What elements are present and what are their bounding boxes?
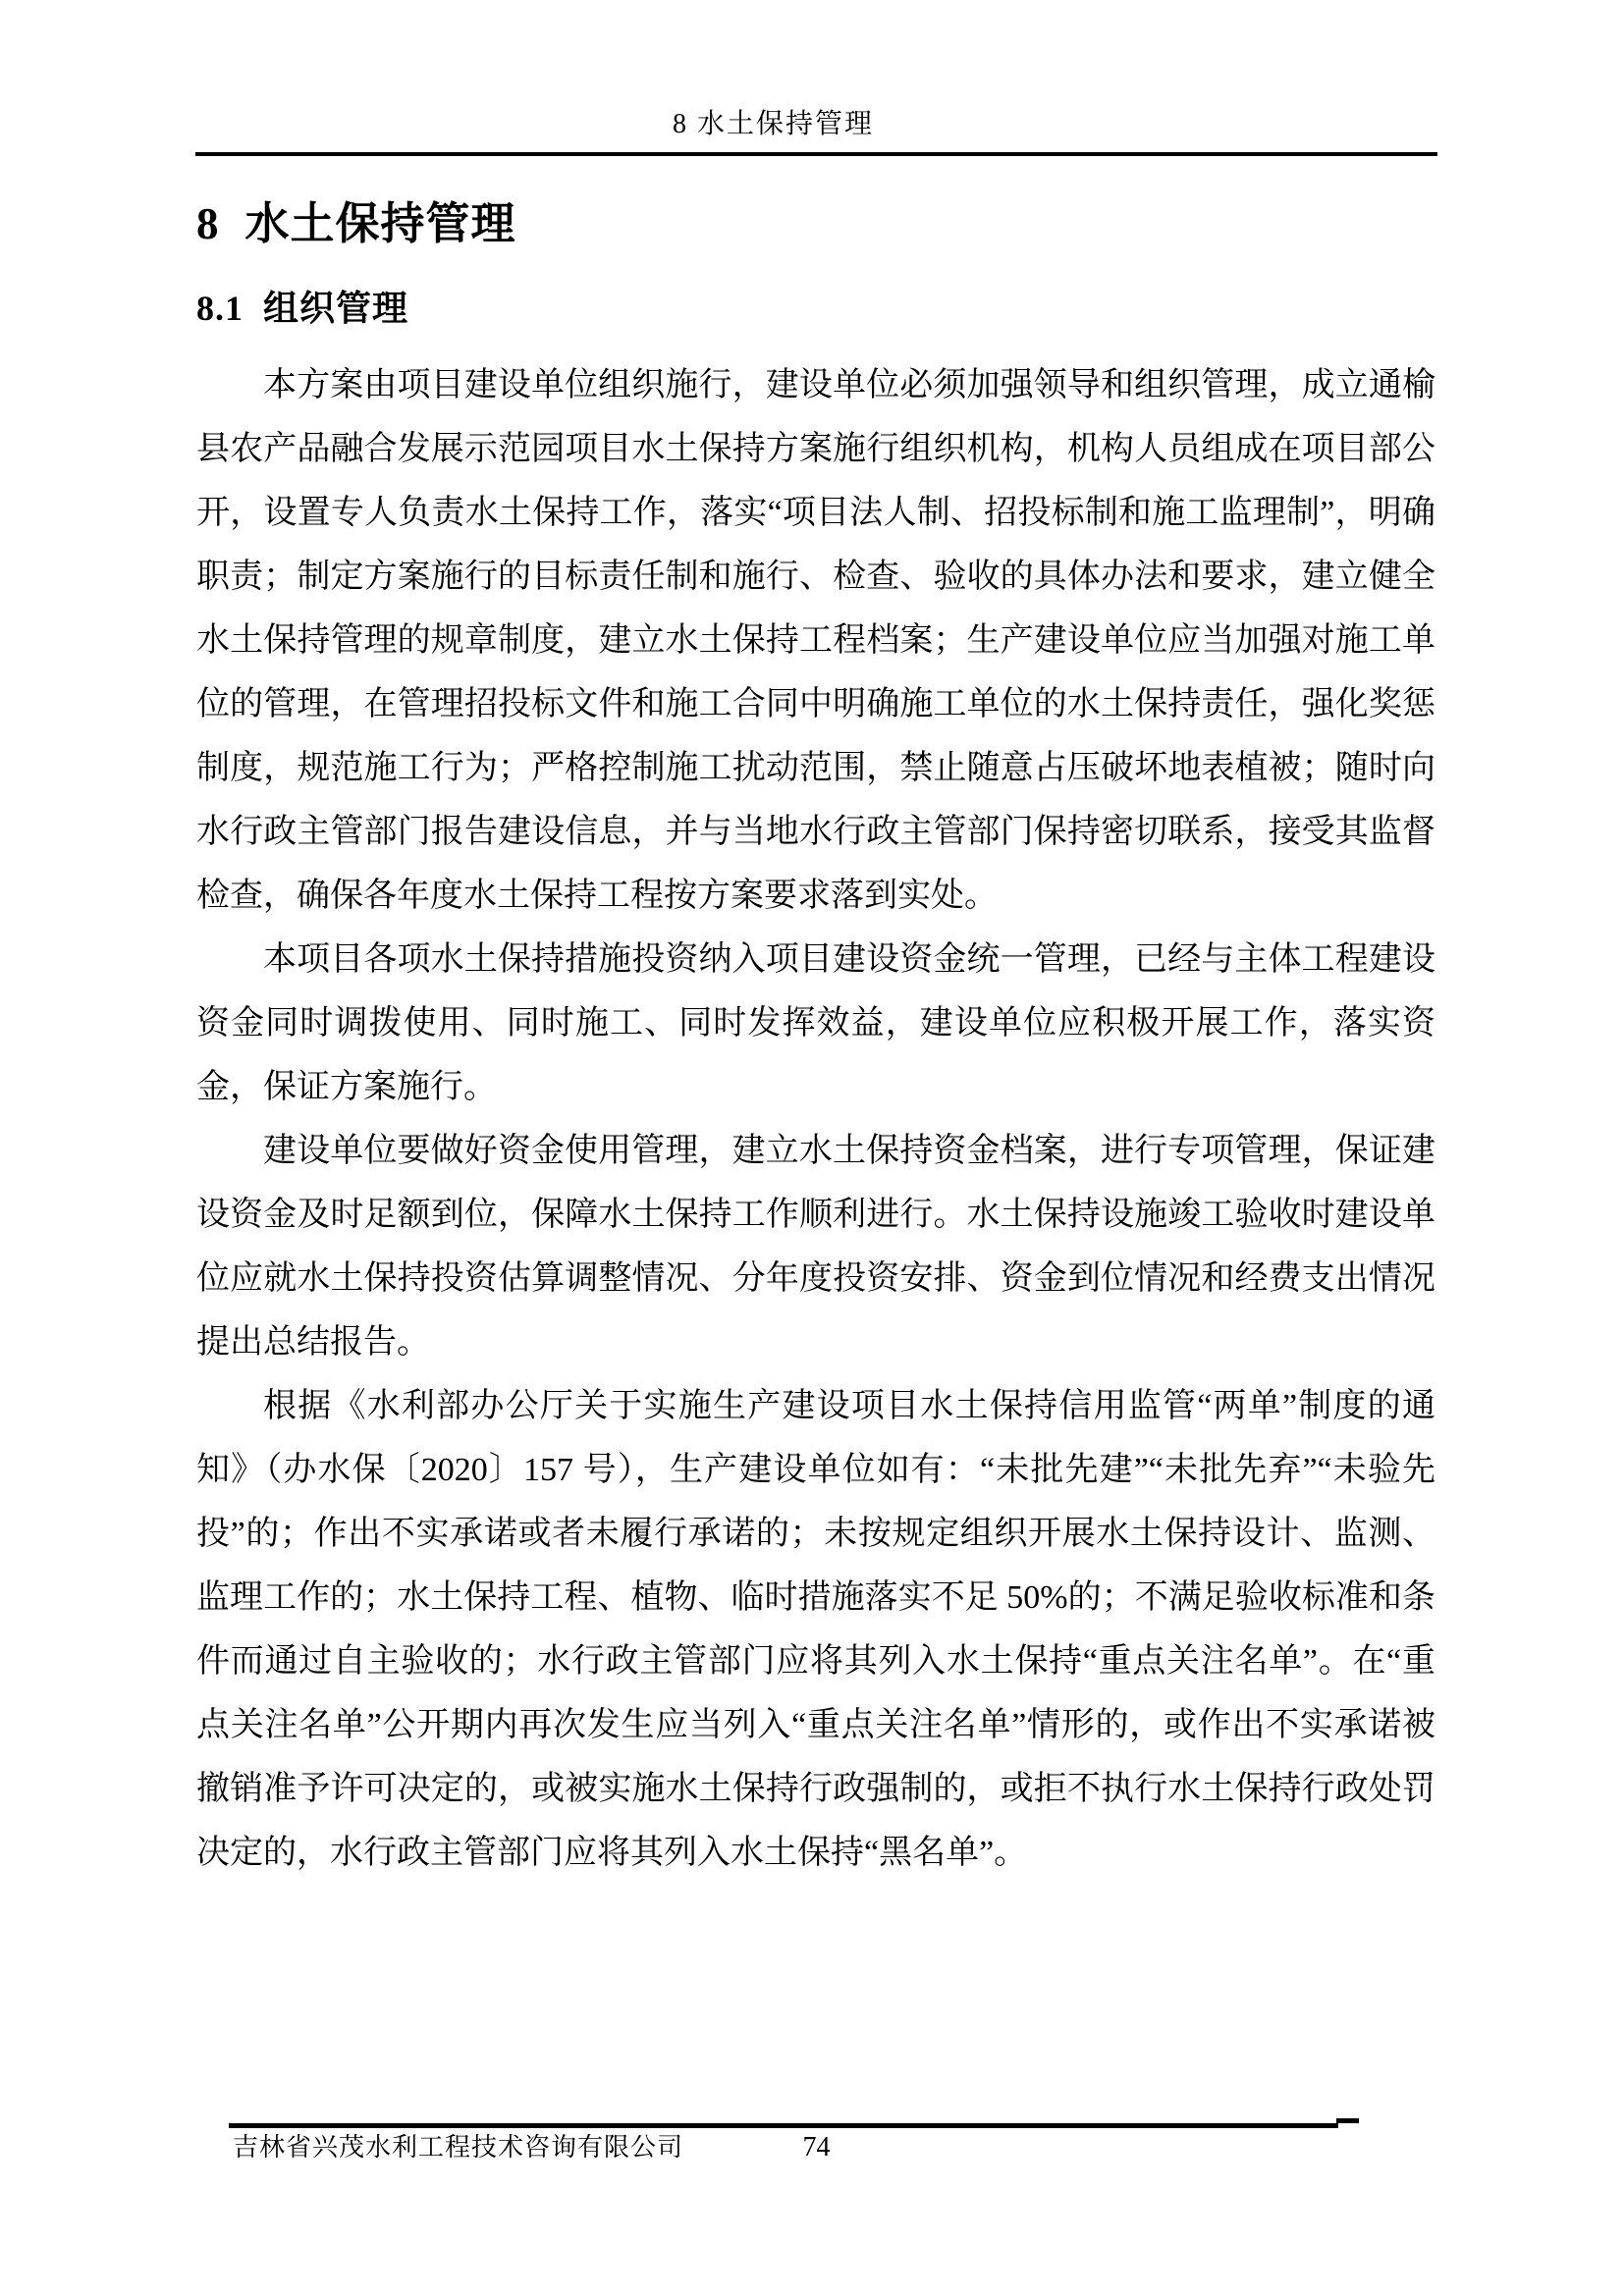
page-number: 74	[195, 2132, 1437, 2163]
chapter-title-text: 水土保持管理	[245, 199, 516, 248]
document-page: 8 水土保持管理 8水土保持管理 8.1组织管理 本方案由项目建设单位组织施行，…	[0, 0, 1624, 2296]
section-number: 8.1	[196, 289, 244, 328]
section-title: 8.1组织管理	[196, 287, 1435, 330]
paragraph: 本方案由项目建设单位组织施行，建设单位必须加强领导和组织管理，成立通榆县农产品融…	[196, 353, 1435, 928]
body-text: 本方案由项目建设单位组织施行，建设单位必须加强领导和组织管理，成立通榆县农产品融…	[196, 353, 1435, 1885]
footer-rule	[229, 2123, 1338, 2128]
page-content: 8水土保持管理 8.1组织管理 本方案由项目建设单位组织施行，建设单位必须加强领…	[196, 196, 1435, 1885]
paragraph: 根据《水利部办公厅关于实施生产建设项目水土保持信用监管“两单”制度的通知》（办水…	[196, 1374, 1435, 1885]
section-title-text: 组织管理	[263, 289, 408, 328]
chapter-number: 8	[196, 199, 220, 248]
header-rule	[195, 152, 1437, 156]
chapter-title: 8水土保持管理	[196, 196, 1435, 251]
paragraph: 建设单位要做好资金使用管理，建立水土保持资金档案，进行专项管理，保证建设资金及时…	[196, 1119, 1435, 1374]
paragraph: 本项目各项水土保持措施投资纳入项目建设资金统一管理，已经与主体工程建设资金同时调…	[196, 928, 1435, 1119]
footer-rule-dash	[1336, 2118, 1359, 2123]
running-header: 8 水土保持管理	[152, 108, 1394, 141]
